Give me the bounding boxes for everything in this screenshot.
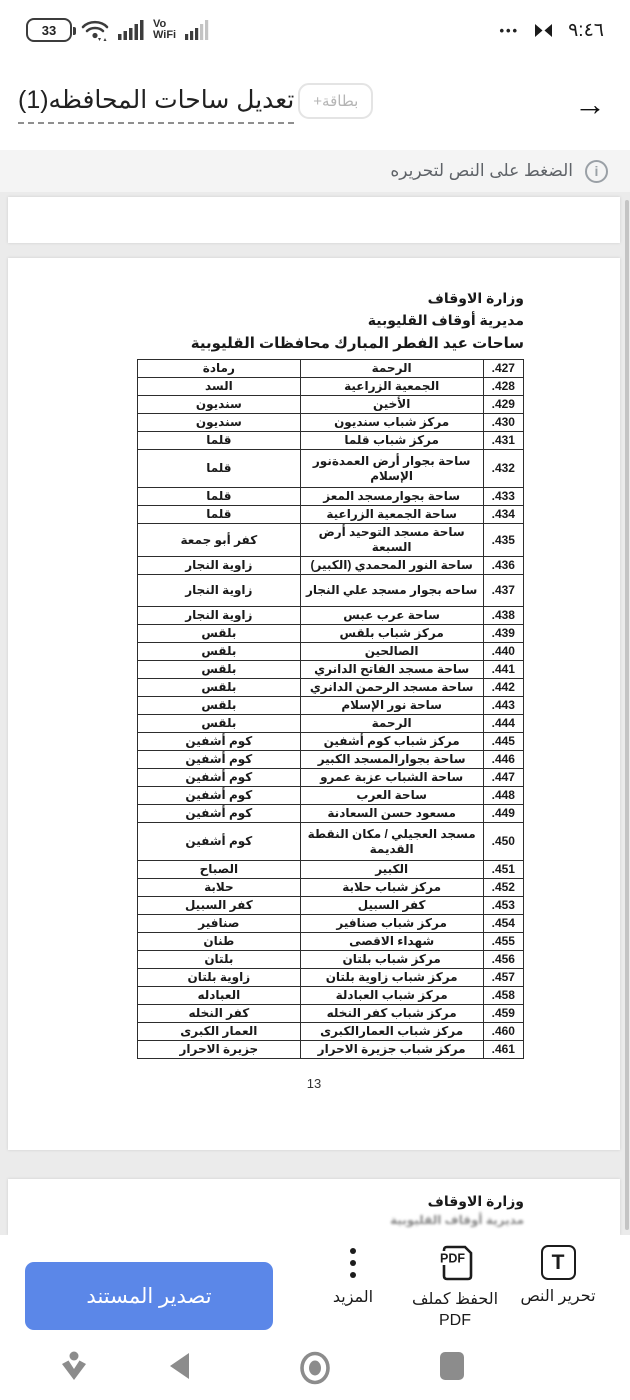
pdf-file-icon: PDF	[434, 1245, 476, 1283]
table-row: 429.الأخينسنديون	[138, 396, 524, 414]
table-row: 455.شهداء الاقصىطنان	[138, 933, 524, 951]
cell-name[interactable]: مركز شباب حلابة	[300, 879, 483, 897]
cell-name[interactable]: مركز شباب كفر النخله	[300, 1005, 483, 1023]
svg-text:PDF: PDF	[440, 1252, 465, 1266]
cell-name[interactable]: مركز شباب زاوية بلتان	[300, 969, 483, 987]
cell-area[interactable]: كوم أشفين	[138, 823, 301, 861]
cell-num[interactable]: 436.	[483, 557, 523, 575]
cell-area[interactable]: بلقس	[138, 697, 301, 715]
cell-area[interactable]: كوم أشفين	[138, 733, 301, 751]
cell-num[interactable]: 449.	[483, 805, 523, 823]
battery-icon: 33	[26, 18, 72, 42]
hide-nav-icon[interactable]	[56, 1350, 92, 1384]
cell-area[interactable]: زاوية بلتان	[138, 969, 301, 987]
cell-num[interactable]: 447.	[483, 769, 523, 787]
table-row: 435.ساحة مسجد التوحيد أرض السبعةكفر أبو …	[138, 524, 524, 557]
cell-area[interactable]: كوم أشفين	[138, 769, 301, 787]
page-number: 13	[8, 1076, 620, 1091]
cell-area[interactable]: بلقس	[138, 679, 301, 697]
cell-area[interactable]: كفر السبيل	[138, 897, 301, 915]
table-row: 460.مركز شباب العمارالكبرىالعمار الكبرى	[138, 1023, 524, 1041]
page-13[interactable]: وزارة الاوقاف مديرية أوقاف القليوبية ساح…	[8, 258, 620, 1150]
table-row: 434.ساحة الجمعية الزراعيةقلما	[138, 506, 524, 524]
cell-area[interactable]: سنديون	[138, 396, 301, 414]
cell-name[interactable]: ساحة مسجد الفاتح الدانري	[300, 661, 483, 679]
cell-num[interactable]: 457.	[483, 969, 523, 987]
table-row: 438.ساحة عرب عبسزاوية النجار	[138, 607, 524, 625]
cell-area[interactable]: سنديون	[138, 414, 301, 432]
back-arrow-icon[interactable]: →	[574, 88, 606, 120]
table-row: 447.ساحة الشباب عزبة عمروكوم أشفين	[138, 769, 524, 787]
cell-name[interactable]: ساحة العرب	[300, 787, 483, 805]
cell-num[interactable]: 459.	[483, 1005, 523, 1023]
cell-name[interactable]: مسعود حسن السعادنة	[300, 805, 483, 823]
cell-name[interactable]: مركز شباب كوم أشفين	[300, 733, 483, 751]
cell-area[interactable]: كفر النخله	[138, 1005, 301, 1023]
cell-num[interactable]: 446.	[483, 751, 523, 769]
cell-name[interactable]: مركز شباب بلقس	[300, 625, 483, 643]
cell-area[interactable]: كوم أشفين	[138, 751, 301, 769]
nav-home-icon[interactable]	[298, 1350, 332, 1386]
signal-bars-icon	[118, 19, 144, 41]
cell-num[interactable]: 442.	[483, 679, 523, 697]
table-row: 461.مركز شباب جزيرة الاحرارجزيرة الاحرار	[138, 1041, 524, 1059]
cell-num[interactable]: 427.	[483, 360, 523, 378]
cell-num[interactable]: 440.	[483, 643, 523, 661]
table-row: 428.الجمعية الزراعيةالسد	[138, 378, 524, 396]
cell-num[interactable]: 433.	[483, 488, 523, 506]
cell-area[interactable]: قلما	[138, 450, 301, 488]
cell-name[interactable]: ساحة نور الإسلام	[300, 697, 483, 715]
info-icon: i	[585, 160, 608, 183]
cell-name[interactable]: الرحمة	[300, 715, 483, 733]
cell-num[interactable]: 460.	[483, 1023, 523, 1041]
cell-area[interactable]: صنافير	[138, 915, 301, 933]
cell-name[interactable]: مركز شباب سنديون	[300, 414, 483, 432]
cell-area[interactable]: بلقس	[138, 715, 301, 733]
edit-text-label: تحرير النص	[520, 1287, 595, 1308]
cell-name[interactable]: مركز شباب العبادلة	[300, 987, 483, 1005]
squares-table[interactable]: 427.الرحمةرمادة428.الجمعية الزراعيةالسد4…	[137, 359, 524, 1059]
table-row: 444.الرحمةبلقس	[138, 715, 524, 733]
cell-name[interactable]: الكبير	[300, 861, 483, 879]
cell-num[interactable]: 455.	[483, 933, 523, 951]
cell-area[interactable]: بلتان	[138, 951, 301, 969]
table-row: 454.مركز شباب صنافيرصنافير	[138, 915, 524, 933]
nav-back-icon[interactable]	[166, 1350, 192, 1382]
cell-num[interactable]: 441.	[483, 661, 523, 679]
cell-name[interactable]: مركز شباب صنافير	[300, 915, 483, 933]
cell-num[interactable]: 456.	[483, 951, 523, 969]
cell-area[interactable]: بلقس	[138, 625, 301, 643]
edit-hint-text: الضغط على النص لتحريره	[390, 161, 573, 181]
table-row: 458.مركز شباب العبادلةالعبادله	[138, 987, 524, 1005]
cell-area[interactable]: كفر أبو جمعة	[138, 524, 301, 557]
cell-name[interactable]: ساحة مسجد الرحمن الدانري	[300, 679, 483, 697]
cell-num[interactable]: 450.	[483, 823, 523, 861]
cell-area[interactable]: العمار الكبرى	[138, 1023, 301, 1041]
next-org-line-1[interactable]: وزارة الاوقاف	[8, 1193, 524, 1210]
app-header: تعديل ساحات المحافظه(1) بطاقة+ →	[0, 60, 630, 148]
cell-name[interactable]: مركز شباب قلما	[300, 432, 483, 450]
cell-num[interactable]: 445.	[483, 733, 523, 751]
table-row: 448.ساحة العربكوم أشفين	[138, 787, 524, 805]
cell-area[interactable]: السد	[138, 378, 301, 396]
cell-num[interactable]: 435.	[483, 524, 523, 557]
clock-time: ٩:٤٦	[568, 19, 604, 42]
wifi-icon	[81, 18, 109, 42]
cell-name[interactable]: الجمعية الزراعية	[300, 378, 483, 396]
cell-num[interactable]: 432.	[483, 450, 523, 488]
cell-name[interactable]: ساحة الشباب عزبة عمرو	[300, 769, 483, 787]
previous-page-bottom[interactable]	[8, 197, 620, 243]
nav-recents-icon[interactable]	[438, 1350, 466, 1382]
cell-area[interactable]: العبادله	[138, 987, 301, 1005]
cell-name[interactable]: ساحة الجمعية الزراعية	[300, 506, 483, 524]
cell-name[interactable]: مركز شباب بلتان	[300, 951, 483, 969]
more-button[interactable]: المزيد	[318, 1245, 388, 1309]
cell-area[interactable]: الصباح	[138, 861, 301, 879]
edit-text-button[interactable]: T تحرير النص	[508, 1245, 608, 1308]
page-14-top[interactable]: وزارة الاوقاف مديرية أوقاف القليوبية	[8, 1179, 620, 1235]
vowifi-signal-bars-icon	[185, 19, 209, 41]
cell-num[interactable]: 438.	[483, 607, 523, 625]
document-canvas[interactable]: وزارة الاوقاف مديرية أوقاف القليوبية ساح…	[0, 192, 630, 1235]
scrollbar[interactable]	[625, 200, 629, 1230]
org-line-1[interactable]: وزارة الاوقاف	[8, 290, 524, 307]
table-row: 457.مركز شباب زاوية بلتانزاوية بلتان	[138, 969, 524, 987]
status-bar: 33 VoWiFi •••	[0, 0, 630, 60]
cell-area[interactable]: قلما	[138, 488, 301, 506]
cell-name[interactable]: ساحة مسجد التوحيد أرض السبعة	[300, 524, 483, 557]
table-row: 450.مسجد العجيلي / مكان النقطة القديمةكو…	[138, 823, 524, 861]
cell-area[interactable]: رمادة	[138, 360, 301, 378]
table-row: 449.مسعود حسن السعادنةكوم أشفين	[138, 805, 524, 823]
cell-num[interactable]: 439.	[483, 625, 523, 643]
cell-area[interactable]: كوم أشفين	[138, 805, 301, 823]
table-row: 442.ساحة مسجد الرحمن الدانريبلقس	[138, 679, 524, 697]
cell-area[interactable]: طنان	[138, 933, 301, 951]
table-row: 452.مركز شباب حلابةحلابة	[138, 879, 524, 897]
overflow-dots-icon: •••	[499, 23, 519, 38]
cell-name[interactable]: مركز شباب العمارالكبرى	[300, 1023, 483, 1041]
table-row: 431.مركز شباب قلماقلما	[138, 432, 524, 450]
cell-num[interactable]: 431.	[483, 432, 523, 450]
cell-num[interactable]: 443.	[483, 697, 523, 715]
cell-num[interactable]: 428.	[483, 378, 523, 396]
next-org-line-2-partial[interactable]: مديرية أوقاف القليوبية	[8, 1213, 524, 1227]
cell-num[interactable]: 454.	[483, 915, 523, 933]
cell-name[interactable]: شهداء الاقصى	[300, 933, 483, 951]
table-row: 441.ساحة مسجد الفاتح الدانريبلقس	[138, 661, 524, 679]
table-row: 453.كفر السبيلكفر السبيل	[138, 897, 524, 915]
export-document-button[interactable]: تصدير المستند	[25, 1262, 273, 1330]
table-row: 456.مركز شباب بلتانبلتان	[138, 951, 524, 969]
cell-area[interactable]: جزيرة الاحرار	[138, 1041, 301, 1059]
org-line-2[interactable]: مديرية أوقاف القليوبية	[8, 312, 524, 329]
cell-name[interactable]: ساحة النور المحمدي (الكبير)	[300, 557, 483, 575]
document-title[interactable]: تعديل ساحات المحافظه(1)	[18, 85, 294, 124]
cell-num[interactable]: 453.	[483, 897, 523, 915]
text-edit-icon: T	[541, 1245, 576, 1280]
table-row: 437.ساحه بجوار مسجد علي النجارزاوية النج…	[138, 575, 524, 607]
cell-area[interactable]: حلابة	[138, 879, 301, 897]
cell-num[interactable]: 434.	[483, 506, 523, 524]
battery-percent: 33	[42, 23, 56, 38]
table-row: 439.مركز شباب بلقسبلقس	[138, 625, 524, 643]
table-row: 446.ساحة بجوارالمسجد الكبيركوم أشفين	[138, 751, 524, 769]
cell-name[interactable]: ساحة بجوار أرض العمدةنور الإسلام	[300, 450, 483, 488]
cell-name[interactable]: مسجد العجيلي / مكان النقطة القديمة	[300, 823, 483, 861]
cell-num[interactable]: 444.	[483, 715, 523, 733]
table-row: 433.ساحة بجوارمسجد المعزقلما	[138, 488, 524, 506]
cell-name[interactable]: الصالحين	[300, 643, 483, 661]
cell-num[interactable]: 430.	[483, 414, 523, 432]
cell-num[interactable]: 451.	[483, 861, 523, 879]
navigation-bar	[0, 1338, 630, 1400]
cell-area[interactable]: بلقس	[138, 661, 301, 679]
table-row: 445.مركز شباب كوم أشفينكوم أشفين	[138, 733, 524, 751]
status-right-cluster: ••• ٩:٤٦	[499, 19, 604, 42]
hourglass-icon	[534, 23, 553, 38]
cell-area[interactable]: كوم أشفين	[138, 787, 301, 805]
table-row: 432.ساحة بجوار أرض العمدةنور الإسلامقلما	[138, 450, 524, 488]
more-label: المزيد	[333, 1288, 373, 1309]
cell-name[interactable]: ساحة عرب عبس	[300, 607, 483, 625]
table-row: 436.ساحة النور المحمدي (الكبير)زاوية الن…	[138, 557, 524, 575]
cell-name[interactable]: ساحة بجوارمسجد المعز	[300, 488, 483, 506]
more-dots-icon	[350, 1245, 356, 1281]
cell-name[interactable]: كفر السبيل	[300, 897, 483, 915]
save-pdf-label: الحفظ كملفPDF	[412, 1290, 498, 1332]
cell-num[interactable]: 437.	[483, 575, 523, 607]
cell-num[interactable]: 458.	[483, 987, 523, 1005]
cell-area[interactable]: قلما	[138, 506, 301, 524]
phone-screen: 33 VoWiFi •••	[0, 0, 630, 1400]
doc-title-line[interactable]: ساحات عيد الفطر المبارك محافظات القليوبي…	[8, 334, 524, 352]
table-row: 427.الرحمةرمادة	[138, 360, 524, 378]
cell-area[interactable]: بلقس	[138, 643, 301, 661]
cell-name[interactable]: الأخين	[300, 396, 483, 414]
table-row: 440.الصالحينبلقس	[138, 643, 524, 661]
cell-area[interactable]: قلما	[138, 432, 301, 450]
cell-num[interactable]: 429.	[483, 396, 523, 414]
bottom-toolbar: تصدير المستند المزيد PDF الحفظ كملفPDF T…	[0, 1235, 630, 1338]
cell-area[interactable]: زاوية النجار	[138, 607, 301, 625]
table-row: 459.مركز شباب كفر النخلهكفر النخله	[138, 1005, 524, 1023]
vowifi-label: VoWiFi	[153, 19, 176, 41]
cell-name[interactable]: الرحمة	[300, 360, 483, 378]
status-left-cluster: 33 VoWiFi	[26, 18, 209, 42]
cell-area[interactable]: زاوية النجار	[138, 557, 301, 575]
cell-name[interactable]: مركز شباب جزيرة الاحرار	[300, 1041, 483, 1059]
cell-name[interactable]: ساحة بجوارالمسجد الكبير	[300, 751, 483, 769]
cell-area[interactable]: زاوية النجار	[138, 575, 301, 607]
info-bar: الضغط على النص لتحريره i	[0, 150, 630, 192]
table-row: 443.ساحة نور الإسلامبلقس	[138, 697, 524, 715]
table-row: 451.الكبيرالصباح	[138, 861, 524, 879]
cell-name[interactable]: ساحه بجوار مسجد علي النجار	[300, 575, 483, 607]
add-card-chip[interactable]: بطاقة+	[298, 83, 373, 119]
cell-num[interactable]: 461.	[483, 1041, 523, 1059]
cell-num[interactable]: 452.	[483, 879, 523, 897]
save-as-pdf-button[interactable]: PDF الحفظ كملفPDF	[405, 1245, 505, 1332]
cell-num[interactable]: 448.	[483, 787, 523, 805]
table-row: 430.مركز شباب سنديونسنديون	[138, 414, 524, 432]
